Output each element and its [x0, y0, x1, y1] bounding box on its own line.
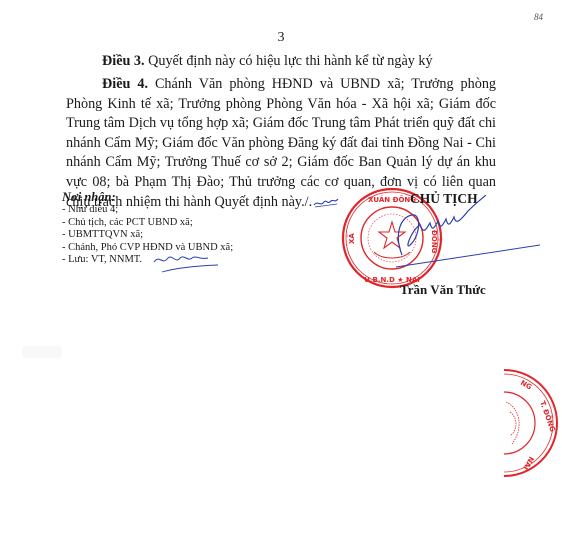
svg-text:XÃ: XÃ: [347, 233, 356, 244]
article-3-text: Quyết định này có hiệu lực thi hành kể t…: [145, 53, 433, 69]
initials-mark-icon: [312, 196, 340, 208]
scan-smudge: [22, 346, 62, 358]
signer-name: Trần Văn Thức: [400, 282, 486, 298]
article-3: Điều 3. Quyết định này có hiệu lực thi h…: [66, 52, 496, 72]
handwritten-signature-icon: [390, 195, 540, 275]
recipient-item: - Chủ tịch, các PCT UBND xã;: [62, 217, 233, 230]
recipients-title: Nơi nhận:: [62, 190, 233, 204]
initials-mark-icon: [152, 252, 222, 274]
article-4-label: Điều 4.: [102, 76, 148, 92]
page-corner-mark: 84: [534, 12, 543, 22]
partial-seal-icon: NG T. ĐỒNG NAI: [500, 368, 562, 478]
page-number: 3: [0, 30, 562, 46]
signature-block: XUÂN ĐÔNG XÃ U.B.N.D ★ NAI ĐỒNG CHỦ TỊCH…: [340, 180, 540, 310]
article-3-label: Điều 3.: [102, 53, 145, 69]
recipient-item: - Như điều 4;: [62, 204, 233, 217]
svg-text:NG: NG: [519, 379, 533, 392]
svg-text:NAI: NAI: [521, 455, 535, 471]
recipient-item: - Lưu: VT, NNMT.: [62, 254, 233, 267]
svg-text:T. ĐỒNG: T. ĐỒNG: [538, 399, 559, 433]
recipient-item: - UBMTTQVN xã;: [62, 229, 233, 242]
recipients-block: Nơi nhận: - Như điều 4; - Chủ tịch, các …: [62, 190, 233, 267]
